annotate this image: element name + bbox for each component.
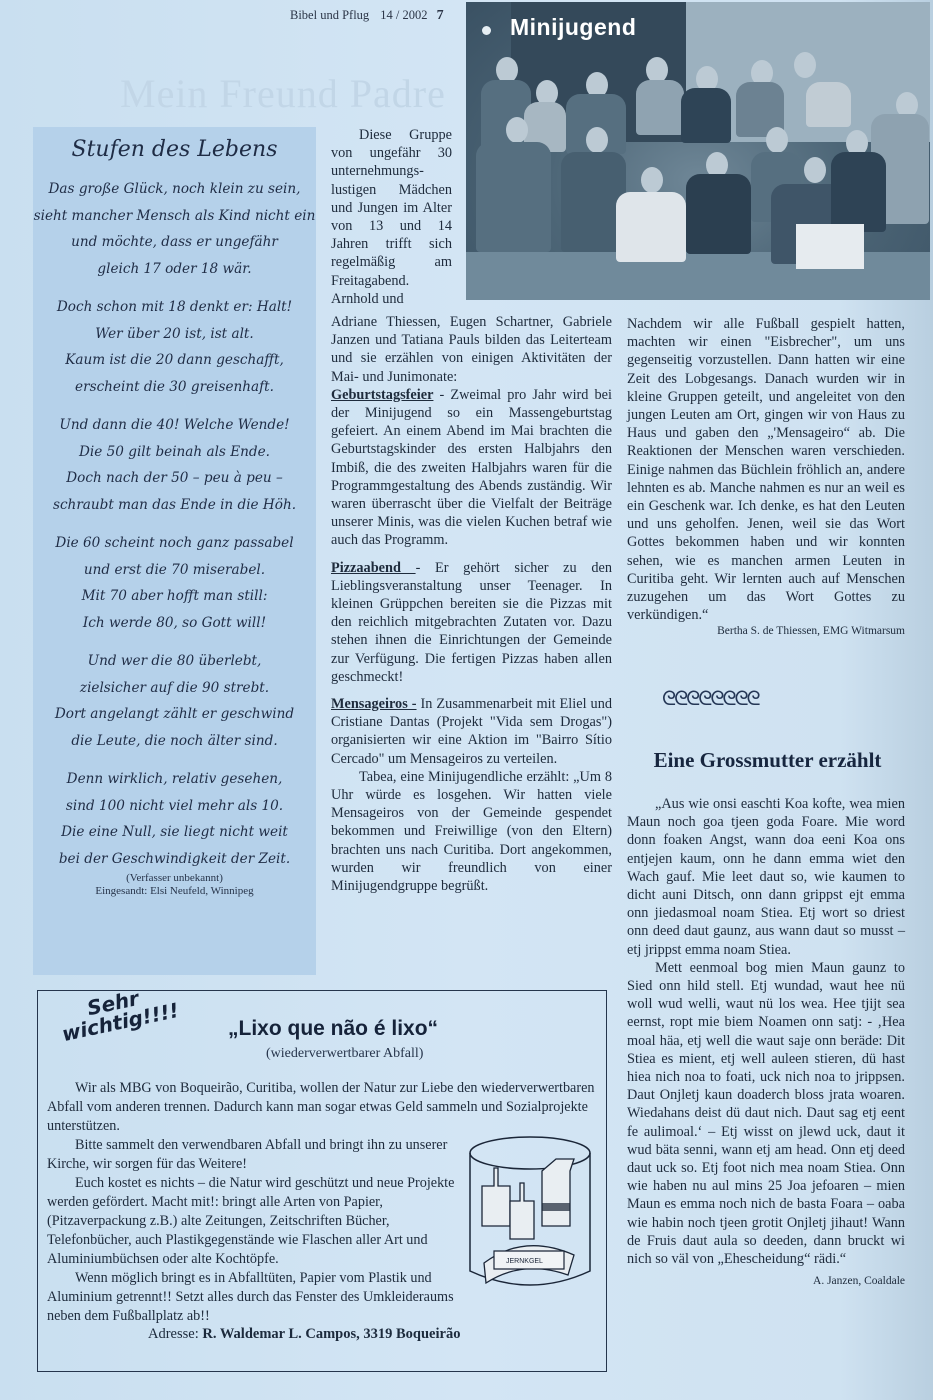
poem-line: Wer über 20 ist, ist alt. [33, 321, 316, 348]
poem-line: und möchte, dass er ungefähr [33, 229, 316, 256]
tabea-quote: Tabea, eine Minijugendliche erzählt: „Um… [331, 768, 612, 895]
paragraph: Bitte sammelt den verwendbaren Abfall un… [47, 1136, 457, 1174]
poem-stanza: Das große Glück, noch klein zu sein, sie… [33, 176, 316, 282]
poem-line: Dort angelangt zählt er geschwind [33, 701, 316, 728]
recycling-bin-illustration: JERNKGEL [466, 1131, 594, 1296]
show-through-title: Mein Freund Padre [120, 70, 446, 117]
section-mensageiros: Mensageiros - In Zusammenarbeit mit Elie… [331, 695, 612, 768]
section-birthday: Geburtstagsfeier - Zweimal pro Jahr wird… [331, 386, 612, 550]
paragraph: Euch kostet es nichts – die Natur wird g… [47, 1174, 457, 1269]
poem-line: erscheint die 30 greisenhaft. [33, 374, 316, 401]
address-value: R. Waldemar L. Campos, 3319 Boqueirão [202, 1326, 460, 1342]
group-photo: Minijugend [466, 2, 930, 300]
poem-line: Kaum ist die 20 dann geschafft, [33, 347, 316, 374]
grossmutter-article: „Aus wie onsi easchti Koa kofte, wea mie… [627, 795, 905, 1288]
author-note: (Verfasser unbekannt) [33, 872, 316, 885]
poem-line: Das große Glück, noch klein zu sein, [33, 176, 316, 203]
lixo-title: „Lixo que não é lixo“ [228, 1017, 438, 1041]
poem-stanza: Doch schon mit 18 denkt er: Halt! Wer üb… [33, 294, 316, 400]
article-signature: A. Janzen, Coaldale [627, 1274, 905, 1288]
birthday-sign [796, 224, 864, 269]
grossmutter-title: Eine Grossmutter erzählt [630, 748, 905, 773]
section-text: - Zweimal pro Jahr wird bei der Minijuge… [331, 387, 612, 549]
poem-box: Stufen des Lebens Das große Glück, noch … [33, 127, 316, 975]
lixo-notice-box: Sehr wichtig!!!! „Lixo que não é lixo“ (… [37, 990, 607, 1372]
section-keyword: Pizzaabend [331, 560, 416, 576]
section-text: - Er gehört sicher zu den Lieblingsveran… [331, 560, 612, 685]
poem-line: Mit 70 aber hofft man still: [33, 583, 316, 610]
poem-stanza: Und dann die 40! Welche Wende! Die 50 gi… [33, 412, 316, 518]
poem-line: Doch schon mit 18 denkt er: Halt! [33, 294, 316, 321]
paragraph: Mett eenmoal bog mien Maun gaunz to Sied… [627, 959, 905, 1268]
section-pizza: Pizzaabend - Er gehört sicher zu den Lie… [331, 559, 612, 686]
poem-line: bei der Geschwindigkeit der Zeit. [33, 846, 316, 873]
minijugend-intro-narrow: Diese Gruppe von ungefähr 30 unternehmun… [331, 126, 452, 308]
bullet-icon [482, 26, 491, 35]
paragraph: „Aus wie onsi easchti Koa kofte, wea mie… [627, 795, 905, 959]
poem-line: gleich 17 oder 18 wär. [33, 256, 316, 283]
paragraph: Wir als MBG von Boqueirão, Curitiba, wol… [47, 1079, 595, 1136]
important-badge: Sehr wichtig!!!! [56, 980, 180, 1044]
poem-line: Ich werde 80, so Gott will! [33, 610, 316, 637]
submitted-by: Eingesandt: Elsi Neufeld, Winnipeg [33, 885, 316, 898]
lixo-subtitle: (wiederverwertbarer Abfall) [266, 1046, 423, 1062]
newspaper-label: JERNKGEL [506, 1258, 543, 1265]
continuation-text: Nachdem wir alle Fußball gespielt hatten… [627, 315, 905, 624]
wave-ornament: ᘓᘓᘓᘓᘓᘓᘓᘓ [662, 688, 759, 711]
poem-line: die Leute, die noch älter sind. [33, 728, 316, 755]
poem-line: Und dann die 40! Welche Wende! [33, 412, 316, 439]
intro-text: Diese Gruppe von ungefähr 30 unternehmun… [331, 126, 452, 308]
poem-stanza: Die 60 scheint noch ganz passabel und er… [33, 530, 316, 636]
address-line: Adresse: R. Waldemar L. Campos, 3319 Boq… [148, 1326, 460, 1343]
address-label: Adresse: [148, 1326, 202, 1342]
photo-section-label: Minijugend [510, 14, 636, 41]
minijugend-article: Adriane Thiessen, Eugen Schartner, Gabri… [331, 313, 612, 895]
poem-credit: (Verfasser unbekannt) Eingesandt: Elsi N… [33, 872, 316, 898]
poem-line: sieht mancher Mensch als Kind nicht ein [33, 203, 316, 230]
poem-stanza: Denn wirklich, relativ gesehen, sind 100… [33, 766, 316, 872]
section-keyword: Mensageiros - [331, 696, 417, 712]
issue-number: 14 / 2002 [380, 8, 427, 22]
publication-name: Bibel und Pflug [290, 8, 369, 22]
poem-line: zielsicher auf die 90 strebt. [33, 675, 316, 702]
minijugend-continuation: Nachdem wir alle Fußball gespielt hatten… [627, 315, 905, 638]
poem-line: Und wer die 80 überlebt, [33, 648, 316, 675]
poem-line: Die 60 scheint noch ganz passabel [33, 530, 316, 557]
poem-title: Stufen des Lebens [33, 137, 316, 162]
poem-line: Die 50 gilt beinah als Ende. [33, 439, 316, 466]
page-number: 7 [437, 8, 444, 23]
poem-line: und erst die 70 miserabel. [33, 557, 316, 584]
poem-line: Denn wirklich, relativ gesehen, [33, 766, 316, 793]
poem-line: Doch nach der 50 – peu à peu – [33, 465, 316, 492]
article-signature: Bertha S. de Thiessen, EMG Witmarsum [627, 624, 905, 638]
paragraph: Wenn möglich bringt es in Abfalltüten, P… [47, 1269, 457, 1326]
running-head: Bibel und Pflug 14 / 2002 7 [290, 8, 444, 24]
section-keyword: Geburtstagsfeier [331, 387, 433, 403]
poem-line: sind 100 nicht viel mehr als 10. [33, 793, 316, 820]
poem-line: schraubt man das Ende in die Höh. [33, 492, 316, 519]
intro-continuation: Adriane Thiessen, Eugen Schartner, Gabri… [331, 313, 612, 386]
poem-stanza: Und wer die 80 überlebt, zielsicher auf … [33, 648, 316, 754]
poem-line: Die eine Null, sie liegt nicht weit [33, 819, 316, 846]
